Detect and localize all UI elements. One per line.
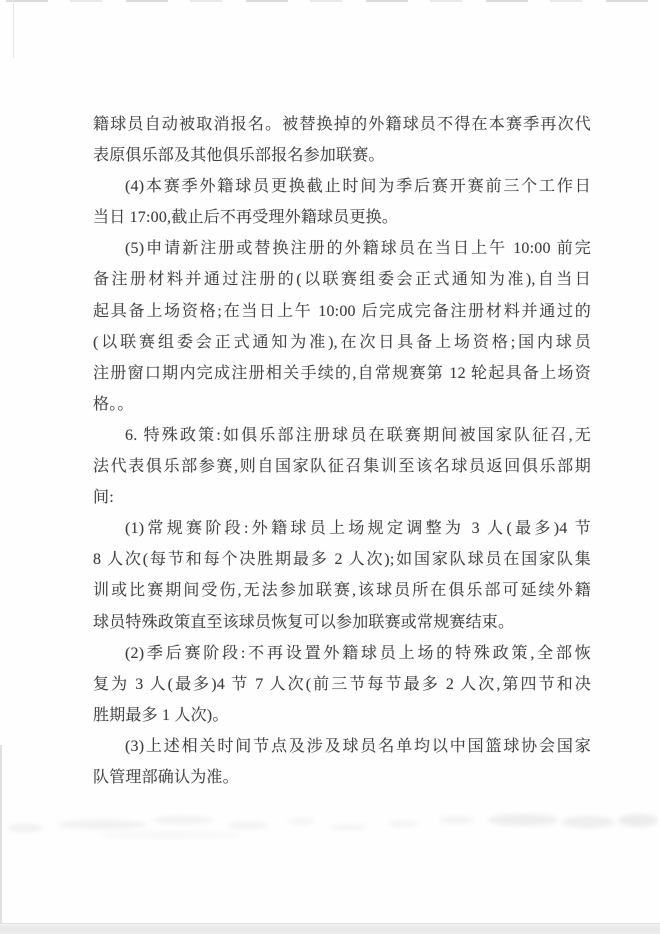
scan-artifact-bottom-edge bbox=[0, 923, 660, 934]
text-line: 备注册材料并通过注册的(以联赛组委会正式通知为准),自当日 bbox=[93, 264, 591, 295]
scan-artifact-left-edge-top bbox=[13, 0, 14, 58]
text-line: 格。。 bbox=[93, 389, 591, 420]
text-line: (2)季后赛阶段:不再设置外籍球员上场的特殊政策,全部恢 bbox=[93, 638, 591, 669]
text-line: 队管理部确认为准。 bbox=[93, 762, 591, 793]
text-line: (4)本赛季外籍球员更换截止时间为季后赛开赛前三个工作日 bbox=[93, 171, 591, 202]
text-line: (1)常规赛阶段:外籍球员上场规定调整为 3 人(最多)4 节 bbox=[93, 513, 591, 544]
document-body: 籍球员自动被取消报名。被替换掉的外籍球员不得在本赛季再次代表原俱乐部及其他俱乐部… bbox=[93, 109, 591, 793]
text-line: 表原俱乐部及其他俱乐部报名参加联赛。 bbox=[93, 140, 591, 171]
text-line: 起具备上场资格;在当日上午 10:00 后完成完备注册材料并通过的 bbox=[93, 296, 591, 327]
text-line: 注册窗口期内完成注册相关手续的,自常规赛第 12 轮起具备上场资 bbox=[93, 358, 591, 389]
text-line: 6. 特殊政策:如俱乐部注册球员在联赛期间被国家队征召,无 bbox=[93, 420, 591, 451]
scan-artifact-top-edge bbox=[6, 0, 660, 2]
text-line: 间: bbox=[93, 482, 591, 513]
scanned-page: 籍球员自动被取消报名。被替换掉的外籍球员不得在本赛季再次代表原俱乐部及其他俱乐部… bbox=[0, 0, 660, 934]
scan-artifact-bleedthrough bbox=[0, 806, 660, 850]
text-line: 8 人次(每节和每个决胜期最多 2 人次);如国家队球员在国家队集 bbox=[93, 544, 591, 575]
text-line: 训或比赛期间受伤,无法参加联赛,该球员所在俱乐部可延续外籍 bbox=[93, 575, 591, 606]
text-line: 法代表俱乐部参赛,则自国家队征召集训至该名球员返回俱乐部期 bbox=[93, 451, 591, 482]
text-line: 胜期最多 1 人次)。 bbox=[93, 700, 591, 731]
scan-artifact-left-edge-bottom bbox=[0, 745, 2, 934]
text-line: 复为 3 人(最多)4 节 7 人次(前三节每节最多 2 人次,第四节和决 bbox=[93, 669, 591, 700]
text-line: (5)申请新注册或替换注册的外籍球员在当日上午 10:00 前完 bbox=[93, 233, 591, 264]
text-line: (以联赛组委会正式通知为准),在次日具备上场资格;国内球员 bbox=[93, 327, 591, 358]
text-line: (3)上述相关时间节点及涉及球员名单均以中国篮球协会国家 bbox=[93, 731, 591, 762]
text-line: 当日 17:00,截止后不再受理外籍球员更换。 bbox=[93, 202, 591, 233]
text-line: 球员特殊政策直至该球员恢复可以参加联赛或常规赛结束。 bbox=[93, 607, 591, 638]
text-line: 籍球员自动被取消报名。被替换掉的外籍球员不得在本赛季再次代 bbox=[93, 109, 591, 140]
